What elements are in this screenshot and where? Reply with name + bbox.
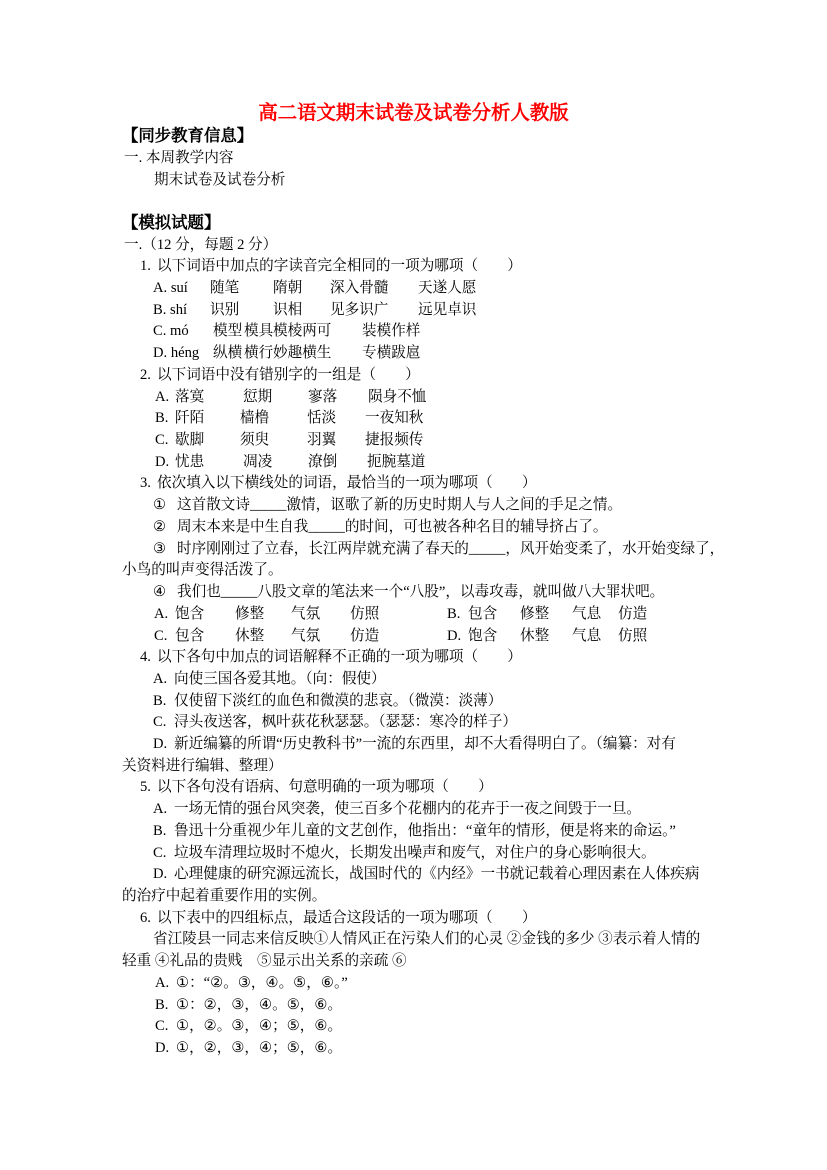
document-page: 高二语文期末试卷及试卷分析人教版 【同步教育信息】 一. 本周教学内容 期末试卷… [0, 0, 827, 1170]
option-word: 隋朝 [273, 277, 302, 299]
option-word: 歇脚 [175, 429, 204, 451]
option-label: B. [155, 407, 168, 429]
option-word: 落寞 [175, 386, 204, 408]
question-5: 5. 以下各句没有语病、句意明确的一项为哪项（ ） [0, 776, 827, 798]
option-word: 天遂人愿 [418, 277, 476, 299]
option-text: ①，②。③，④；⑤，⑥。 [176, 1015, 342, 1037]
question-number: 3. [140, 472, 151, 494]
option-text: 鲁迅十分重视少年儿童的文艺创作，他指出：“童年的情形，便是将来的命运。” [174, 820, 676, 842]
option-word: 陨身不恤 [368, 386, 426, 408]
option-word: 识别 [210, 299, 239, 321]
circled-number-2: ② [153, 516, 166, 538]
option-row: A. 落寞 愆期 寥落 陨身不恤 [0, 386, 827, 408]
option-word: 羽翼 [307, 429, 336, 451]
option-word: 修整 [520, 603, 549, 625]
sync-info-item-content: 期末试卷及试卷分析 [154, 169, 285, 191]
question-1: 1. 以下词语中加点的字读音完全相同的一项为哪项（ ） [0, 255, 827, 277]
option-row: D. héng 纵横 横行 妙趣横生 专横跋扈 [0, 342, 827, 364]
option-word: 阡陌 [175, 407, 204, 429]
option-row: C. 浔头夜送客，枫叶荻花秋瑟瑟。（瑟瑟：寒冷的样子） [0, 711, 827, 733]
option-label: C. [153, 711, 166, 733]
option-row: A. ①：“②。③，④。⑤，⑥。” [0, 972, 827, 994]
question-2: 2. 以下词语中没有错别字的一组是（ ） [0, 364, 827, 386]
option-word: 休整 [235, 625, 264, 647]
option-word: 模棱两可 [273, 320, 331, 342]
option-label: A. [153, 798, 167, 820]
option-word: 潦倒 [308, 451, 337, 473]
option-row: A. 向使三国各爱其地。（向：假使） [0, 668, 827, 690]
option-word: 樯橹 [240, 407, 269, 429]
question-3: 3. 依次填入以下横线处的词语，最恰当的一项为哪项（ ） [0, 472, 827, 494]
option-word: 随笔 [210, 277, 239, 299]
option-label: A. [155, 386, 169, 408]
document-title: 高二语文期末试卷及试卷分析人教版 [0, 102, 827, 126]
option-label: C. [153, 842, 166, 864]
option-word: 包含 [468, 603, 497, 625]
option-word: 寥落 [308, 386, 337, 408]
option-word: 仿照 [350, 603, 379, 625]
option-row: A. suí 随笔 隋朝 深入骨髓 天遂人愿 [0, 277, 827, 299]
option-text: 仅使留下淡红的血色和微漠的悲哀。（微漠：淡薄） [174, 690, 502, 712]
option-continuation: 关资料进行编辑、整理） [122, 755, 283, 777]
option-word: 仿照 [618, 625, 647, 647]
option-word: 深入骨髓 [330, 277, 388, 299]
exam-part-one-label: 一.（12 分，每题 2 分） [124, 234, 277, 256]
option-row: C. 垃圾车清理垃圾时不熄火，长期发出噪声和废气，对住户的身心影响很大。 [0, 842, 827, 864]
question-passage-continuation: 轻重 ④礼品的贵贱 ⑤显示出关系的亲疏 ⑥ [122, 950, 407, 972]
option-label: C. mó [153, 320, 189, 342]
option-word: 妙趣横生 [273, 342, 331, 364]
option-word: 须臾 [240, 429, 269, 451]
option-word: 专横跋扈 [362, 342, 420, 364]
section-heading-sync-info: 【同步教育信息】 [122, 125, 253, 147]
option-label: A. [153, 668, 167, 690]
option-label: A. suí [153, 277, 188, 299]
option-text: 向使三国各爱其地。（向：假使） [174, 668, 386, 690]
question-number: 5. [140, 776, 151, 798]
option-word: 一夜知秋 [365, 407, 423, 429]
fill-in-sentence: ④ 我们也_____八股文章的笔法来一个“八股”，以毒攻毒，就叫做八大罪状吧。 [0, 581, 827, 603]
option-word: 装模作样 [362, 320, 420, 342]
option-word: 扼腕墓道 [367, 451, 425, 473]
sentence-text: 这首散文诗_____激情，讴歌了新的历史时期人与人之间的手足之情。 [177, 494, 622, 516]
option-word: 饱含 [175, 603, 204, 625]
option-label: D. [447, 625, 461, 647]
option-label: B. shí [153, 299, 187, 321]
option-word: 恬淡 [307, 407, 336, 429]
question-number: 2. [140, 364, 151, 386]
fill-in-sentence: ① 这首散文诗_____激情，讴歌了新的历史时期人与人之间的手足之情。 [0, 494, 827, 516]
option-label: C. [154, 625, 167, 647]
circled-number-1: ① [153, 494, 166, 516]
option-row: A. 饱含 修整 气氛 仿照 B. 包含 修整 气息 仿造 [0, 603, 827, 625]
option-word: 气氛 [291, 603, 320, 625]
option-row: B. ①：②，③，④。⑤，⑥。 [0, 994, 827, 1016]
option-row: D. 新近编纂的所谓“历史教科书”一流的东西里，却不大看得明白了。（编纂：对有 [0, 733, 827, 755]
option-label: B. [155, 994, 168, 1016]
question-number: 1. [140, 255, 151, 277]
option-row: D. 忧患 凋凌 潦倒 扼腕墓道 [0, 451, 827, 473]
option-word: 见多识广 [330, 299, 388, 321]
question-stem: 以下词语中加点的字读音完全相同的一项为哪项（ ） [157, 255, 522, 277]
question-passage: 省江陵县一同志来信反映①人情风正在污染人们的心灵 ②金钱的多少 ③表示着人情的 [153, 928, 700, 950]
option-word: 气息 [572, 603, 601, 625]
question-stem: 以下各句中加点的词语解释不正确的一项为哪项（ ） [157, 646, 522, 668]
option-row: D. ①，②，③，④；⑤，⑥。 [0, 1037, 827, 1059]
sentence-text: 周末本来是中生自我_____的时间，可也被各种名目的辅导挤占了。 [177, 516, 608, 538]
option-word: 远见卓识 [418, 299, 476, 321]
option-word: 休整 [520, 625, 549, 647]
option-label: D. héng [153, 342, 199, 364]
option-label: A. [155, 972, 169, 994]
option-word: 仿造 [618, 603, 647, 625]
circled-number-3: ③ [153, 538, 166, 560]
option-text: 垃圾车清理垃圾时不熄火，长期发出噪声和废气，对住户的身心影响很大。 [174, 842, 656, 864]
option-continuation: 的治疗中起着重要作用的实例。 [122, 885, 326, 907]
question-stem: 以下词语中没有错别字的一组是（ ） [157, 364, 420, 386]
option-label: B. [447, 603, 460, 625]
sync-info-item-label: 一. 本周教学内容 [124, 147, 233, 169]
option-row: B. 仅使留下淡红的血色和微漠的悲哀。（微漠：淡薄） [0, 690, 827, 712]
option-row: C. mó 模型 模具 模棱两可 装模作样 [0, 320, 827, 342]
option-word: 气氛 [291, 625, 320, 647]
option-label: D. [155, 451, 169, 473]
option-word: 模具 [244, 320, 273, 342]
option-row: C. ①，②。③，④；⑤，⑥。 [0, 1015, 827, 1037]
option-word: 包含 [175, 625, 204, 647]
question-stem: 以下表中的四组标点，最适合这段话的一项为哪项（ ） [157, 907, 536, 929]
option-word: 识相 [273, 299, 302, 321]
option-text: 新近编纂的所谓“历史教科书”一流的东西里，却不大看得明白了。（编纂：对有 [174, 733, 676, 755]
option-label: B. [153, 820, 166, 842]
question-4: 4. 以下各句中加点的词语解释不正确的一项为哪项（ ） [0, 646, 827, 668]
option-label: D. [155, 1037, 169, 1059]
option-word: 捷报频传 [365, 429, 423, 451]
option-word: 修整 [235, 603, 264, 625]
option-word: 气息 [572, 625, 601, 647]
option-row: B. 阡陌 樯橹 恬淡 一夜知秋 [0, 407, 827, 429]
question-stem: 依次填入以下横线处的词语，最恰当的一项为哪项（ ） [157, 472, 536, 494]
option-text: 心理健康的研究源远流长，战国时代的《内经》一书就记载着心理因素在人体疾病 [174, 863, 699, 885]
option-label: B. [153, 690, 166, 712]
option-word: 愆期 [243, 386, 272, 408]
sentence-text: 我们也_____八股文章的笔法来一个“八股”，以毒攻毒，就叫做八大罪状吧。 [177, 581, 664, 603]
option-text: 浔头夜送客，枫叶荻花秋瑟瑟。（瑟瑟：寒冷的样子） [174, 711, 517, 733]
option-word: 饱含 [468, 625, 497, 647]
option-text: ①：“②。③，④。⑤，⑥。” [176, 972, 348, 994]
question-number: 6. [140, 907, 151, 929]
question-number: 4. [140, 646, 151, 668]
circled-number-4: ④ [153, 581, 166, 603]
option-row: C. 歇脚 须臾 羽翼 捷报频传 [0, 429, 827, 451]
fill-in-sentence: ② 周末本来是中生自我_____的时间，可也被各种名目的辅导挤占了。 [0, 516, 827, 538]
option-row: A. 一场无情的强台风突袭，使三百多个花棚内的花卉于一夜之间毁于一旦。 [0, 798, 827, 820]
option-row: D. 心理健康的研究源远流长，战国时代的《内经》一书就记载着心理因素在人体疾病 [0, 863, 827, 885]
option-word: 纵横 [213, 342, 242, 364]
option-word: 凋凌 [243, 451, 272, 473]
option-text: ①：②，③，④。⑤，⑥。 [176, 994, 342, 1016]
section-heading-mock-exam: 【模拟试题】 [122, 212, 220, 234]
option-row: B. shí 识别 识相 见多识广 远见卓识 [0, 299, 827, 321]
option-row: C. 包含 休整 气氛 仿造 D. 饱含 休整 气息 仿照 [0, 625, 827, 647]
option-word: 模型 [213, 320, 242, 342]
fill-in-sentence: ③ 时序刚刚过了立春，长江两岸就充满了春天的_____，风开始变柔了，水开始变绿… [0, 538, 827, 560]
option-text: 一场无情的强台风突袭，使三百多个花棚内的花卉于一夜之间毁于一旦。 [174, 798, 641, 820]
option-word: 忧患 [175, 451, 204, 473]
sentence-text: 时序刚刚过了立春，长江两岸就充满了春天的_____，风开始变柔了，水开始变绿了， [177, 538, 724, 560]
option-label: D. [153, 863, 167, 885]
option-text: ①，②，③，④；⑤，⑥。 [176, 1037, 342, 1059]
option-label: A. [154, 603, 168, 625]
option-row: B. 鲁迅十分重视少年儿童的文艺创作，他指出：“童年的情形，便是将来的命运。” [0, 820, 827, 842]
option-label: C. [155, 1015, 168, 1037]
sentence-continuation: 小鸟的叫声变得活泼了。 [122, 559, 283, 581]
option-label: D. [153, 733, 167, 755]
question-stem: 以下各句没有语病、句意明确的一项为哪项（ ） [157, 776, 493, 798]
option-label: C. [155, 429, 168, 451]
option-word: 仿造 [350, 625, 379, 647]
question-6: 6. 以下表中的四组标点，最适合这段话的一项为哪项（ ） [0, 907, 827, 929]
option-word: 横行 [244, 342, 273, 364]
